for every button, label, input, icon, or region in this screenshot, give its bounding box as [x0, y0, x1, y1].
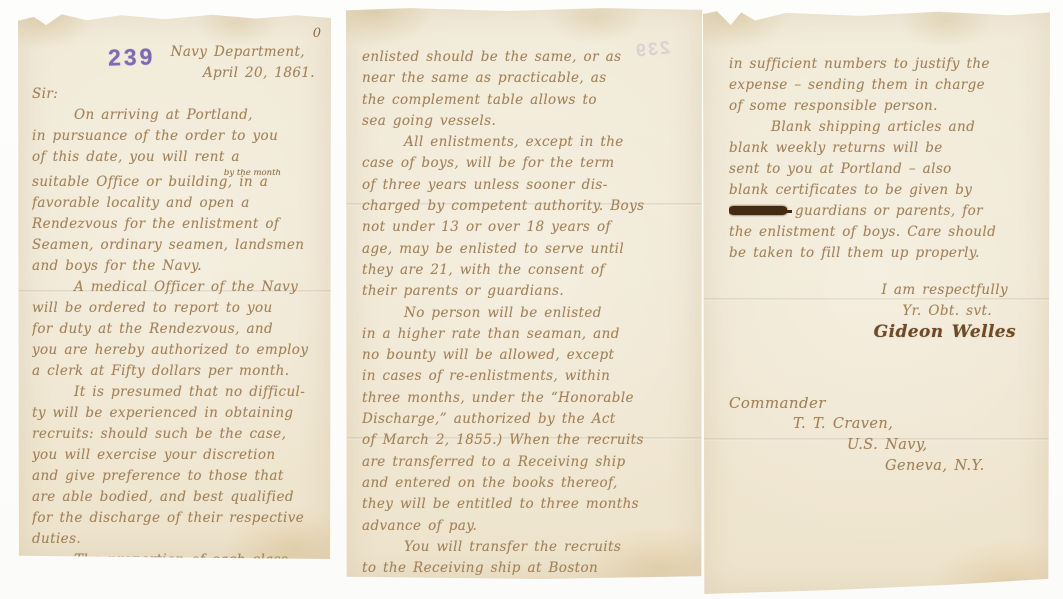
- handwritten-line: enlisted should be the same, or as: [362, 47, 690, 68]
- handwritten-line: will be ordered to report to you: [32, 298, 321, 319]
- handwritten-line: I am respectfully: [729, 280, 1038, 301]
- handwritten-line: All enlistments, except in the: [362, 132, 690, 153]
- handwritten-line: Gideon Welles: [729, 322, 1038, 343]
- letter-photo: 239 0 Navy Department,April 20, 1861.Sir…: [0, 0, 1063, 599]
- handwritten-line: in a higher rate than seaman, and: [362, 324, 690, 345]
- handwritten-line: April 20, 1861.: [32, 63, 321, 84]
- handwritten-line: for the discharge of their respective: [32, 508, 321, 529]
- handwritten-line: ty will be experienced in obtaining: [32, 403, 321, 424]
- handwritten-line: advance of pay.: [362, 516, 690, 537]
- handwritten-line: they are 21, with the consent of: [362, 260, 690, 281]
- handwritten-line: and boys for the Navy.: [32, 256, 321, 277]
- handwritten-line: no bounty will be allowed, except: [362, 345, 690, 366]
- handwritten-line: Commander: [729, 393, 1038, 414]
- handwritten-line: their parents or guardians.: [362, 281, 690, 302]
- handwritten-line: the complement table allows to: [362, 90, 690, 111]
- letter-page-3: in sufficient numbers to justify theexpe…: [703, 10, 1050, 594]
- handwritten-line: and give preference to those that: [32, 466, 321, 487]
- handwritten-line: Geneva, N.Y.: [729, 456, 1038, 477]
- handwritten-line: to the Receiving ship at Boston: [362, 558, 690, 579]
- handwritten-line: charged by competent authority. Boys: [362, 196, 690, 217]
- handwritten-line: case of boys, will be for the term: [362, 153, 690, 174]
- handwritten-line: are transferred to a Receiving ship: [362, 452, 690, 473]
- handwritten-line: three months, under the “Honorable: [362, 388, 690, 409]
- handwritten-line: sea going vessels.: [362, 111, 690, 132]
- handwritten-line: be taken to fill them up properly.: [729, 243, 1038, 264]
- handwritten-line: blank certificates to be given by: [729, 180, 1038, 201]
- handwritten-line: Sir:: [32, 84, 321, 105]
- handwritten-line: T. T. Craven,: [729, 414, 1038, 435]
- handwritten-line: age, may be enlisted to serve until: [362, 239, 690, 260]
- struck-out-word: [729, 206, 787, 215]
- page-marker: 0: [313, 26, 321, 41]
- handwritten-line: Blank shipping articles and: [729, 117, 1038, 138]
- handwritten-line: of three years unless sooner dis-: [362, 175, 690, 196]
- handwritten-line: not under 13 or over 18 years of: [362, 217, 690, 238]
- handwritten-line: for duty at the Rendezvous, and: [32, 319, 321, 340]
- handwritten-line: Yr. Obt. svt.: [729, 301, 1038, 322]
- handwritten-line: they will be entitled to three months: [362, 494, 690, 515]
- handwritten-line: guardians or parents, for: [729, 201, 1038, 222]
- handwritten-line: sent to you at Portland – also: [729, 159, 1038, 180]
- handwritten-line: No person will be enlisted: [362, 303, 690, 324]
- handwritten-line: the enlistment of boys. Care should: [729, 222, 1038, 243]
- handwritten-line: in sufficient numbers to justify the: [729, 54, 1038, 75]
- letter-page-1: 239 0 Navy Department,April 20, 1861.Sir…: [18, 12, 331, 559]
- handwritten-line: near the same as practicable, as: [362, 68, 690, 89]
- handwritten-line: Navy Department,: [32, 42, 321, 63]
- handwritten-line: expense – sending them in charge: [729, 75, 1038, 96]
- handwritten-line: You will transfer the recruits: [362, 537, 690, 558]
- handwritten-line: you are hereby authorized to employ: [32, 340, 321, 361]
- handwritten-line: and entered on the books thereof,: [362, 473, 690, 494]
- handwritten-line: On arriving at Portland,: [32, 105, 321, 126]
- handwritten-line: of some responsible person.: [729, 96, 1038, 117]
- handwritten-line: The proportion of each class: [32, 550, 321, 571]
- handwritten-line: Discharge,” authorized by the Act: [362, 409, 690, 430]
- handwritten-line: a clerk at Fifty dollars per month.: [32, 361, 321, 382]
- handwritten-line: in cases of re-enlistments, within: [362, 366, 690, 387]
- handwritten-line: recruits: should such be the case,: [32, 424, 321, 445]
- handwritten-line: Seamen, ordinary seamen, landsmen: [32, 235, 321, 256]
- handwritten-text: in sufficient numbers to justify theexpe…: [729, 54, 1038, 477]
- handwritten-text: Navy Department,April 20, 1861.Sir:On ar…: [32, 42, 321, 571]
- handwritten-line: A medical Officer of the Navy: [32, 277, 321, 298]
- handwritten-line: blank weekly returns will be: [729, 138, 1038, 159]
- handwritten-line: duties.: [32, 529, 321, 550]
- handwritten-line: of March 2, 1855.) When the recruits: [362, 430, 690, 451]
- letter-page-2: 239 enlisted should be the same, or asne…: [346, 7, 702, 579]
- handwritten-line: you will exercise your discretion: [32, 445, 321, 466]
- handwritten-line: in pursuance of the order to you: [32, 126, 321, 147]
- handwritten-line: of this date, you will rent a: [32, 147, 321, 168]
- handwritten-line: U.S. Navy,: [729, 435, 1038, 456]
- handwritten-line: Rendezvous for the enlistment of: [32, 214, 321, 235]
- handwritten-text: enlisted should be the same, or asnear t…: [362, 47, 690, 579]
- handwritten-line: are able bodied, and best qualified: [32, 487, 321, 508]
- handwritten-line: It is presumed that no difficul-: [32, 382, 321, 403]
- handwritten-line: favorable locality and open a: [32, 193, 321, 214]
